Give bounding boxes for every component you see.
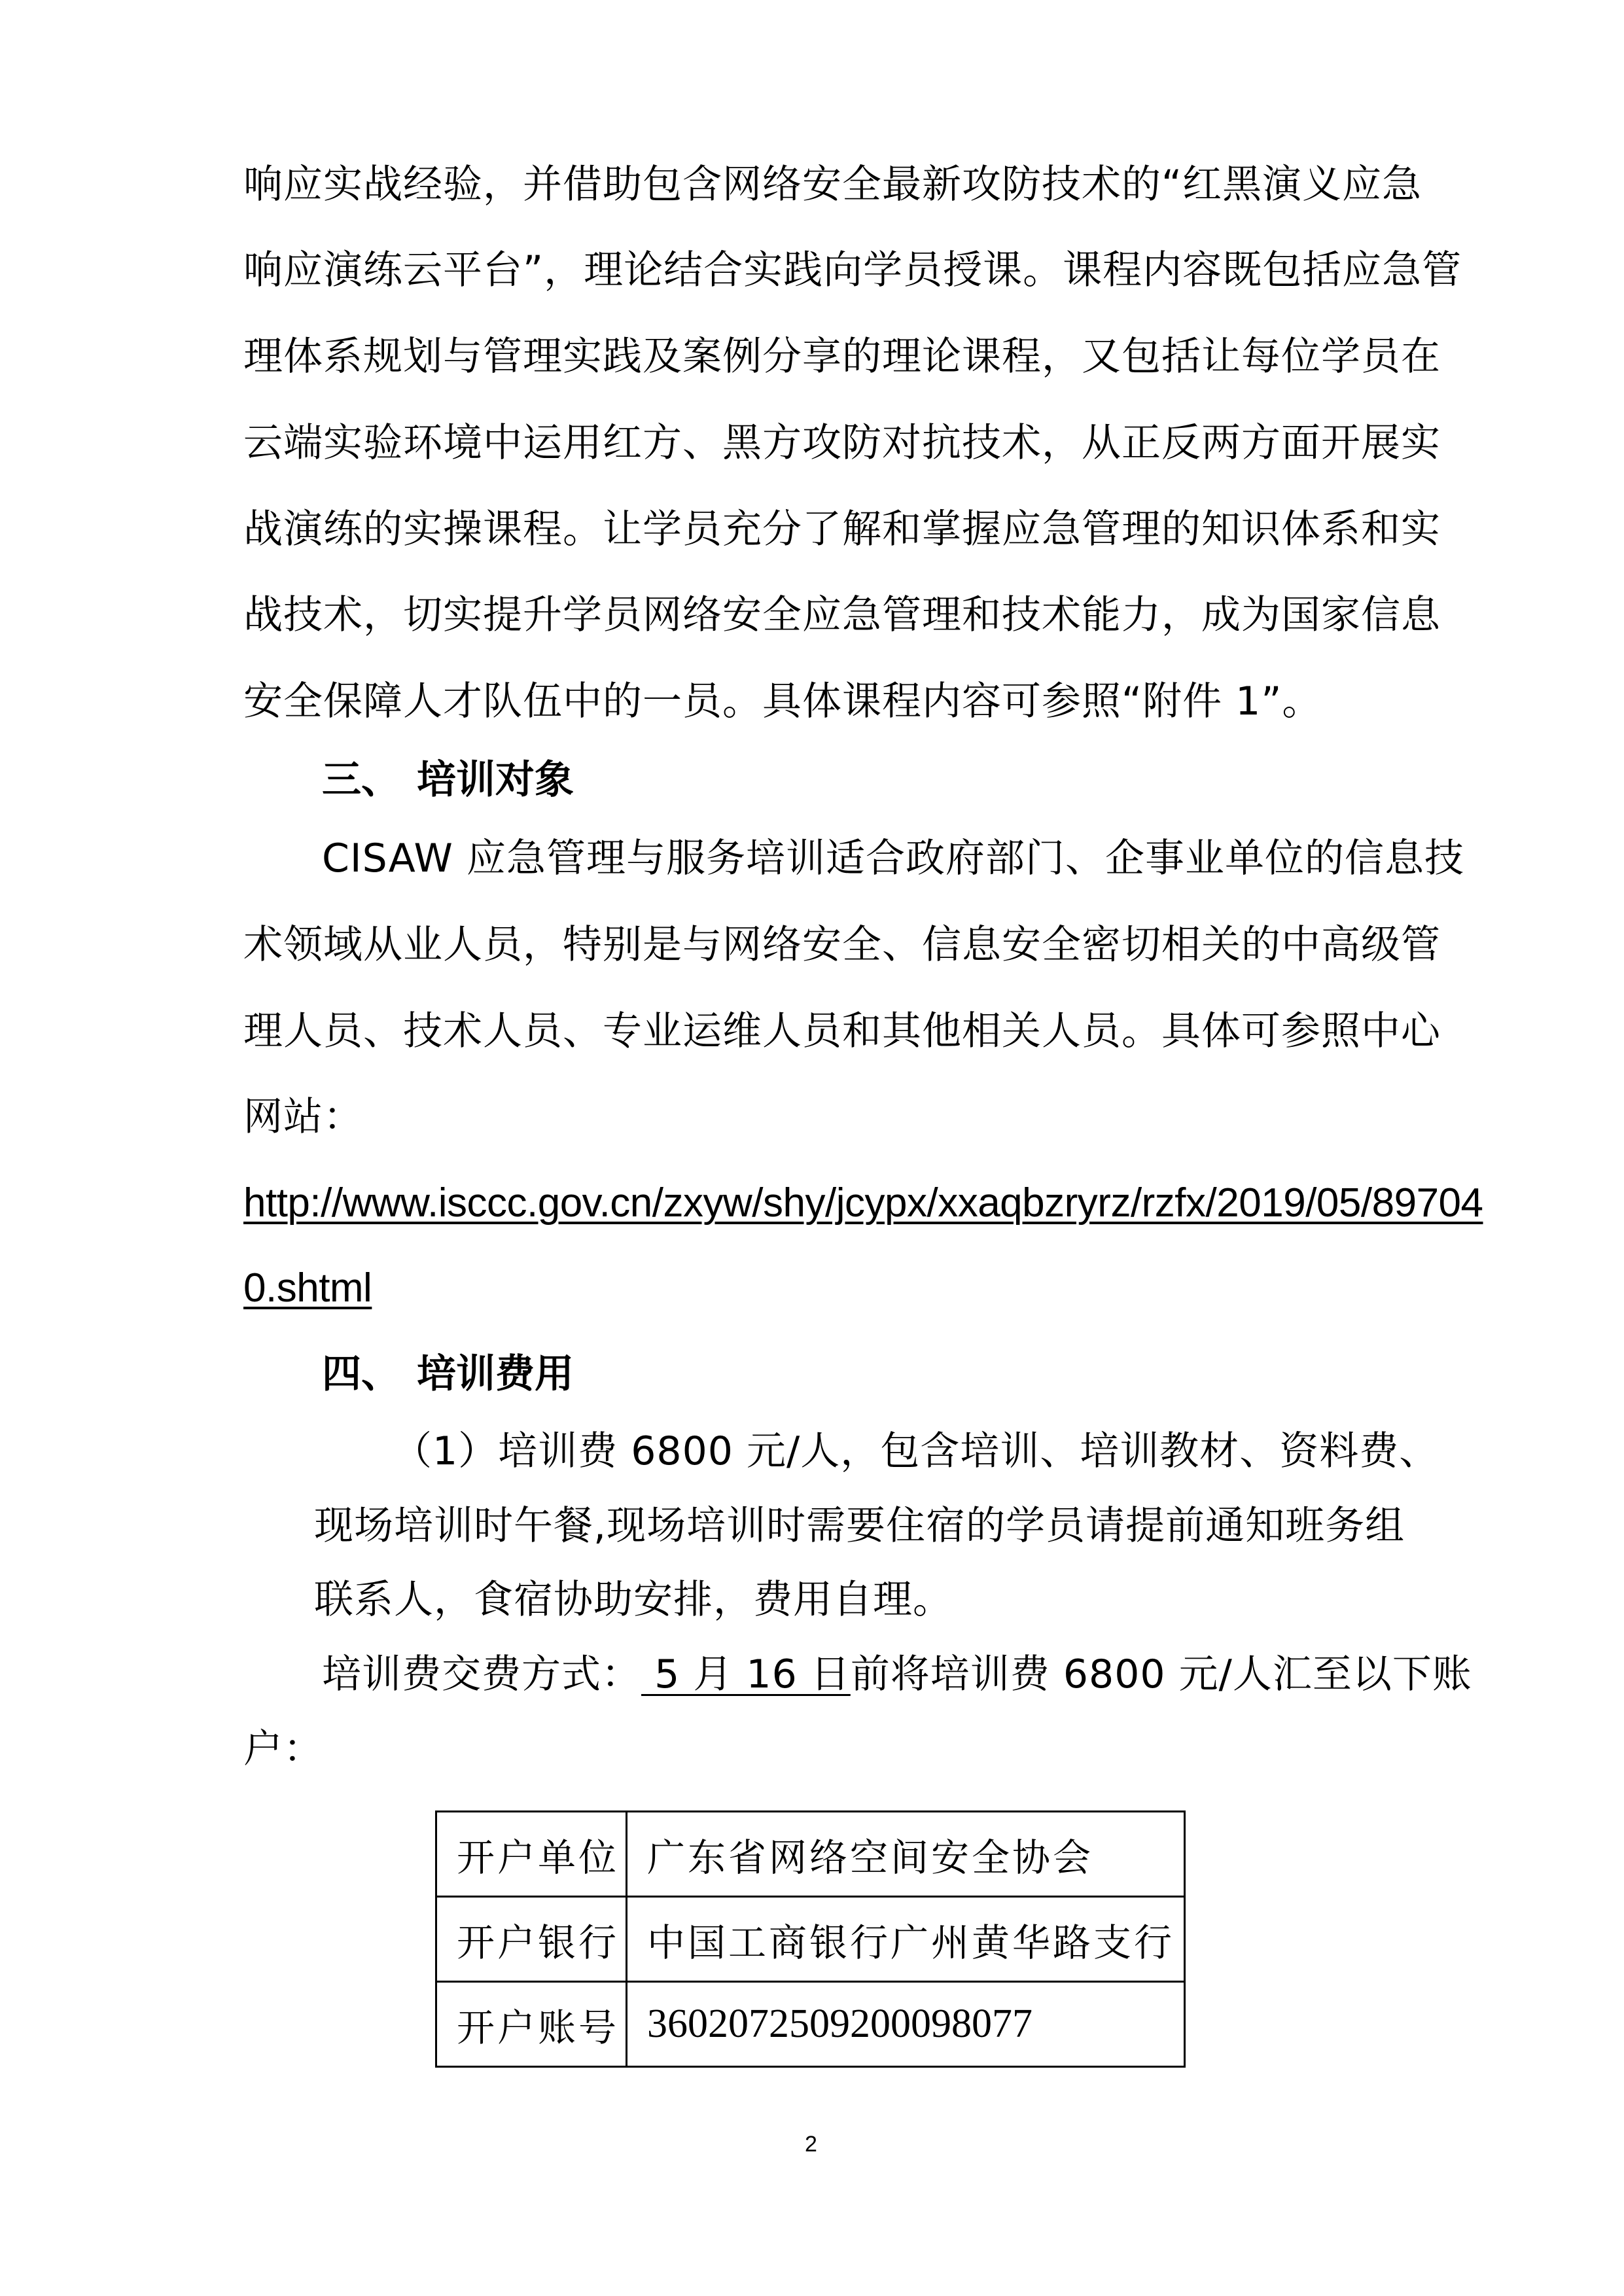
bank-account-table: 开户单位 广东省网络空间安全协会 开户银行 中国工商银行广州黄华路支行 开户账号… <box>435 1810 1186 2068</box>
website-link-continuation[interactable]: 0.shtml <box>243 1262 372 1315</box>
table-row: 开户银行 中国工商银行广州黄华路支行 <box>436 1897 1185 1982</box>
paragraph-line: 响应演练云平台”，理论结合实践向学员授课。课程内容既包括应急管 <box>243 244 1462 296</box>
document-page: 响应实战经验，并借助包含网络安全最新攻防技术的“红黑演义应急 响应演练云平台”，… <box>0 0 1624 2296</box>
section-four-heading: 四、培训费用 <box>322 1348 574 1400</box>
paragraph-line: 理体系规划与管理实践及案例分享的理论课程，又包括让每位学员在 <box>243 330 1441 383</box>
payment-continuation: 户： <box>243 1723 323 1775</box>
paragraph-line: 战技术，切实提升学员网络安全应急管理和技术能力，成为国家信息 <box>243 589 1441 641</box>
account-number-label: 开户账号 <box>436 1982 627 2067</box>
section-title: 培训对象 <box>417 757 574 803</box>
section-title: 培训费用 <box>417 1351 574 1397</box>
bank-value: 中国工商银行广州黄华路支行 <box>627 1897 1185 1982</box>
account-number-value: 3602072509200098077 <box>627 1982 1185 2067</box>
account-holder-value: 广东省网络空间安全协会 <box>627 1812 1185 1897</box>
section-number: 四、 <box>322 1348 417 1400</box>
page-number: 2 <box>805 2132 817 2157</box>
fee-line: 联系人，食宿协助安排，费用自理。 <box>314 1574 953 1626</box>
table-row: 开户单位 广东省网络空间安全协会 <box>436 1812 1185 1897</box>
paragraph-line: 网站： <box>243 1091 363 1143</box>
paragraph-line: 安全保障人才队伍中的一员。具体课程内容可参照“附件 1”。 <box>243 675 1322 728</box>
paragraph-line: 云端实验环境中运用红方、黑方攻防对抗技术，从正反两方面开展实 <box>243 417 1441 469</box>
fee-line: 现场培训时午餐,现场培训时需要住宿的学员请提前通知班务组 <box>314 1500 1405 1552</box>
payment-method-line: 培训费交费方式： 5 月 16 日前将培训费 6800 元/人汇至以下账 <box>322 1648 1472 1701</box>
paragraph-line: 理人员、技术人员、专业运维人员和其他相关人员。具体可参照中心 <box>243 1005 1441 1057</box>
website-link[interactable]: http://www.isccc.gov.cn/zxyw/shy/jcypx/x… <box>243 1177 1483 1229</box>
paragraph-line: CISAW 应急管理与服务培训适合政府部门、企事业单位的信息技 <box>322 832 1464 885</box>
paragraph-line: 术领域从业人员，特别是与网络安全、信息安全密切相关的中高级管 <box>243 919 1441 971</box>
paragraph-line: 响应实战经验，并借助包含网络安全最新攻防技术的“红黑演义应急 <box>243 158 1422 211</box>
table-row: 开户账号 3602072509200098077 <box>436 1982 1185 2067</box>
section-number: 三、 <box>322 754 417 806</box>
payment-prefix: 培训费交费方式： <box>322 1651 641 1697</box>
paragraph-line: 战演练的实操课程。让学员充分了解和掌握应急管理的知识体系和实 <box>243 503 1441 556</box>
payment-deadline: 5 月 16 日 <box>641 1651 851 1697</box>
payment-suffix: 前将培训费 6800 元/人汇至以下账 <box>851 1651 1472 1697</box>
section-three-heading: 三、培训对象 <box>322 754 574 806</box>
account-holder-label: 开户单位 <box>436 1812 627 1897</box>
bank-label: 开户银行 <box>436 1897 627 1982</box>
fee-line: （1）培训费 6800 元/人，包含培训、培训教材、资料费、 <box>393 1425 1439 1477</box>
